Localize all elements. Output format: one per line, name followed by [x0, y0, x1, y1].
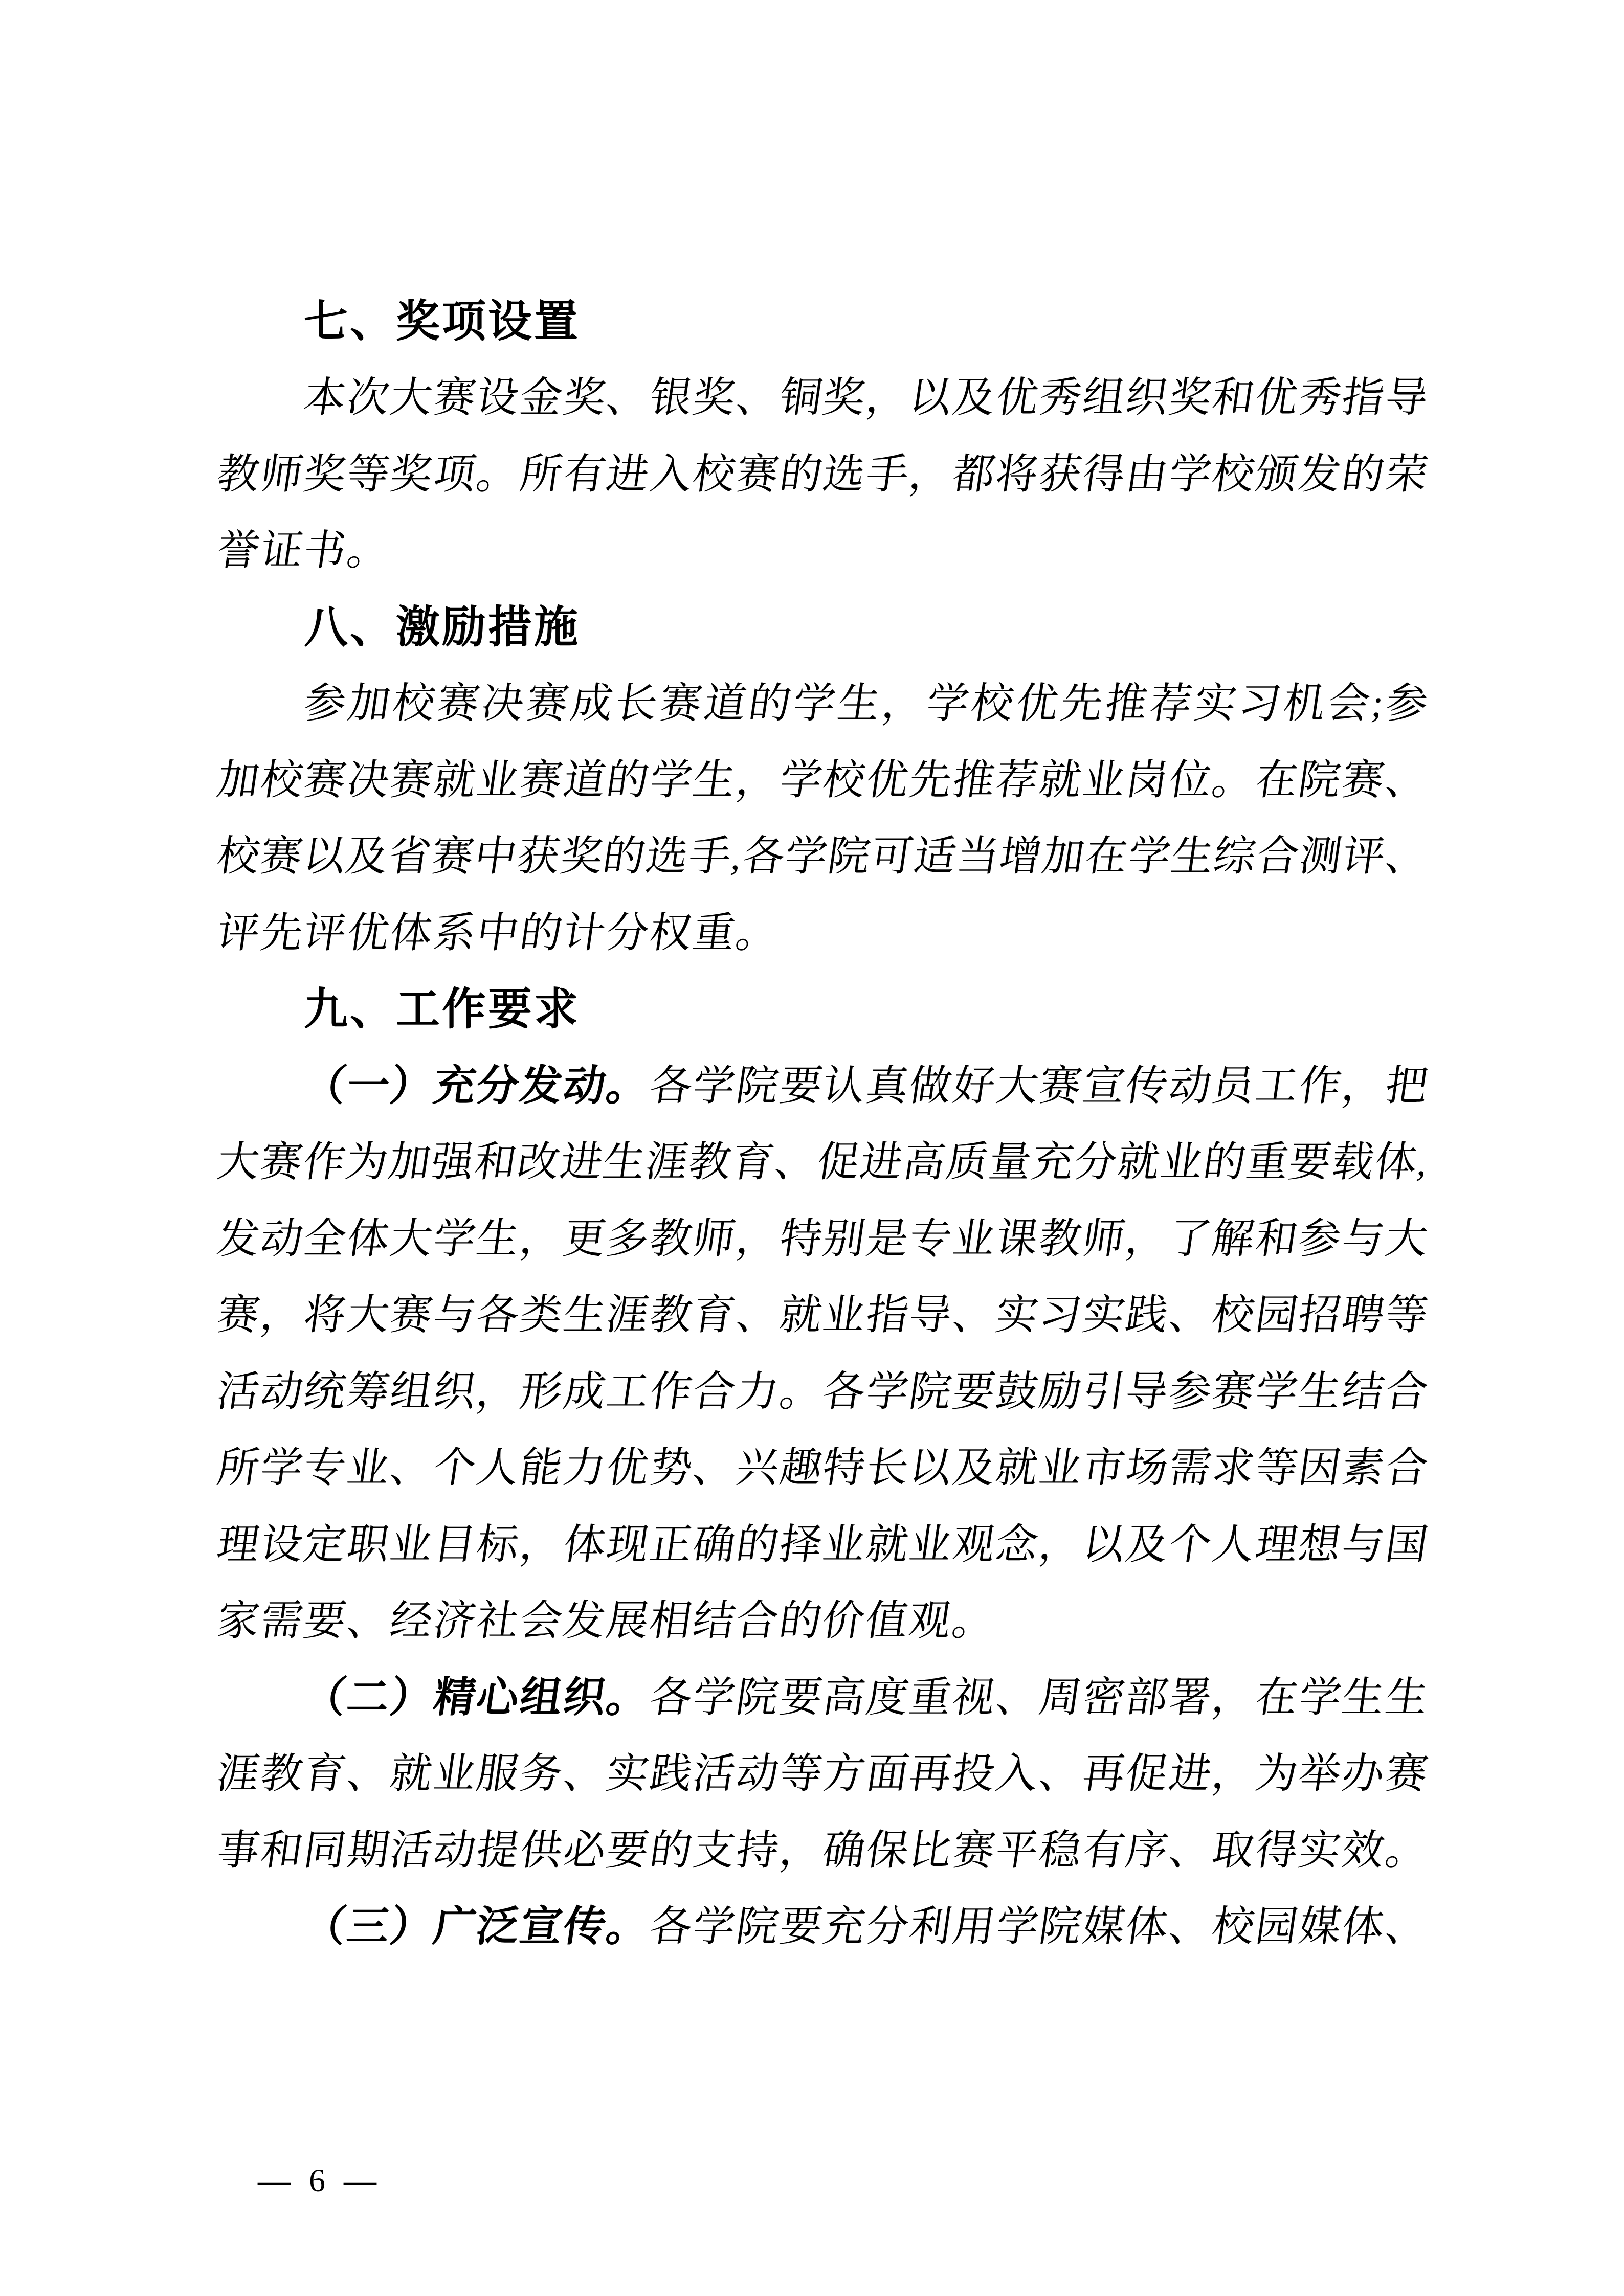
char: 参 [1383, 683, 1431, 725]
char: 优 [604, 1447, 652, 1489]
char: 的 [517, 912, 566, 954]
char: 的 [1200, 1141, 1249, 1183]
text-line: 活动统筹组织，形成工作合力。各学院要鼓励引导参赛学生结合 [217, 1354, 1428, 1430]
char: 学 [691, 1906, 739, 1948]
char: 践 [1123, 1294, 1171, 1336]
char: 学 [924, 683, 972, 725]
char: 园 [1253, 1906, 1301, 1948]
char: 工 [396, 987, 442, 1031]
char: 动 [561, 1065, 609, 1107]
char: 活 [388, 1830, 436, 1872]
char: 次 [344, 377, 392, 419]
char: 筹 [344, 1371, 392, 1413]
char: 务 [517, 1753, 565, 1795]
char: 支 [691, 1830, 739, 1872]
char: 、 [1166, 1294, 1214, 1336]
char: 加 [386, 1141, 434, 1183]
char: 赛 [517, 759, 565, 801]
char: ， [880, 683, 928, 725]
char: 的 [604, 759, 652, 801]
char: 奖 [561, 377, 609, 419]
char: 泛 [474, 1906, 522, 1948]
char: 会 [517, 1600, 566, 1642]
char: 、 [388, 1447, 436, 1489]
char: 、 [350, 300, 396, 344]
text-line: （一）充分发动。各学院要认真做好大赛宣传动员工作，把 [217, 1048, 1428, 1124]
char: 特 [820, 1447, 868, 1489]
char: 促 [815, 1141, 863, 1183]
char: 入 [993, 1753, 1041, 1795]
char: 道 [702, 683, 750, 725]
char: 就 [777, 1294, 825, 1336]
char: 业 [906, 1524, 954, 1566]
char: 稳 [1036, 1830, 1084, 1872]
char: 适 [911, 836, 959, 877]
char: 设 [474, 377, 522, 419]
char: 进 [604, 454, 652, 496]
text-line: 参加校赛决赛成长赛道的学生，学校优先推荐实习机会;参 [217, 666, 1428, 742]
char: 计 [560, 912, 609, 954]
char: 媒 [1080, 1906, 1128, 1948]
char: 业 [820, 1294, 868, 1336]
char: 合 [1254, 836, 1302, 877]
char: 励 [1036, 1371, 1084, 1413]
char: 选 [820, 454, 868, 496]
char: 项 [431, 454, 479, 496]
char: 实 [604, 1753, 652, 1795]
char: 分 [863, 1906, 911, 1948]
char: 正 [647, 1524, 695, 1566]
char: 践 [647, 1753, 695, 1795]
char: 各 [647, 1677, 695, 1719]
char: 媒 [1296, 1906, 1344, 1948]
char: 为 [343, 1141, 391, 1183]
char: 推 [950, 759, 998, 801]
char: 教 [214, 454, 262, 496]
char: 参 [1166, 1371, 1214, 1413]
char: 赛 [523, 683, 571, 725]
text-line: （三）广泛宣传。各学院要充分利用学院媒体、校园媒体、 [217, 1889, 1428, 1966]
char: 当 [954, 836, 1002, 877]
char: 就 [863, 1524, 911, 1566]
char: 进 [558, 1141, 606, 1183]
char: 优 [344, 912, 393, 954]
char: 业 [431, 1753, 479, 1795]
char: 与 [1339, 1218, 1387, 1260]
char: 八 [304, 605, 350, 649]
char: 学 [691, 1065, 739, 1107]
char: 先 [906, 759, 954, 801]
char: 学 [431, 1218, 479, 1260]
char: 供 [517, 1830, 565, 1872]
char: ， [517, 1524, 565, 1566]
char: 重 [907, 1677, 955, 1719]
char: 参 [301, 683, 349, 725]
char: 导 [1123, 1371, 1171, 1413]
char: 、 [691, 1447, 739, 1489]
char: 。 [474, 454, 522, 496]
char: ， [733, 759, 782, 801]
char: 岗 [1123, 759, 1171, 801]
char: 涯 [643, 1141, 691, 1183]
char: 指 [863, 1294, 911, 1336]
char: 师 [1080, 1218, 1128, 1260]
page: 七、奖项设置本次大赛设金奖、银奖、铜奖，以及优秀组织奖和优秀指导教师奖等奖项。所… [0, 0, 1624, 2296]
char: 同 [301, 1830, 349, 1872]
char: 各 [647, 1906, 695, 1948]
char: 生 [1383, 1677, 1431, 1719]
char: 充 [820, 1906, 868, 1948]
char: 在 [1082, 836, 1130, 877]
char: 得 [1253, 1830, 1301, 1872]
char: 中 [474, 912, 523, 954]
char: 高 [820, 1677, 868, 1719]
char: 赛 [301, 759, 349, 801]
char: （ [301, 1065, 349, 1107]
char: 个 [431, 1447, 479, 1489]
char: 推 [1102, 683, 1150, 725]
text-line: 大赛作为加强和改进生涯教育、促进高质量充分就业的重要载体, [217, 1124, 1428, 1201]
char: 宣 [517, 1906, 565, 1948]
char: 的 [600, 836, 649, 877]
char: 确 [691, 1524, 739, 1566]
char: 实 [993, 1294, 1041, 1336]
char: 园 [1253, 1294, 1301, 1336]
char: 手 [686, 836, 734, 877]
char: 标 [474, 1524, 522, 1566]
char: 生 [474, 1218, 522, 1260]
char: 各 [647, 1065, 695, 1107]
char: 综 [1211, 836, 1259, 877]
char: 发 [1296, 454, 1344, 496]
char: 赛 [733, 454, 782, 496]
char: 序 [1123, 1830, 1171, 1872]
char: 赛 [1036, 1065, 1084, 1107]
char: 活 [691, 1753, 739, 1795]
char: 做 [907, 1065, 955, 1107]
char: 保 [863, 1830, 911, 1872]
char: 实 [1191, 683, 1239, 725]
char: 生 [561, 1294, 609, 1336]
char: 学 [691, 1677, 739, 1719]
char: 展 [604, 1600, 653, 1642]
char: 成 [568, 683, 616, 725]
char: 场 [1123, 1447, 1171, 1489]
char: 以 [907, 377, 955, 419]
char: 组 [388, 1371, 436, 1413]
char: 育 [691, 1294, 739, 1336]
char: 书 [301, 530, 350, 572]
char: 道 [561, 759, 609, 801]
text-line: 誉证书。 [217, 513, 1428, 590]
char: 院 [733, 1065, 782, 1107]
char: 密 [1080, 1677, 1128, 1719]
char: 经 [387, 1600, 436, 1642]
char: 荣 [1383, 454, 1431, 496]
char: 教 [258, 1753, 306, 1795]
char: 为 [1253, 1753, 1301, 1795]
char: 的 [1339, 454, 1387, 496]
char: 学 [1166, 454, 1214, 496]
char: 评 [1340, 836, 1388, 877]
char: 置 [534, 300, 580, 344]
char: 生 [1339, 1677, 1387, 1719]
char: 激 [396, 605, 442, 649]
text-line: 本次大赛设金奖、银奖、铜奖，以及优秀组织奖和优秀指导 [217, 360, 1428, 437]
char: 观 [950, 1524, 998, 1566]
char: ） [387, 1065, 435, 1107]
char: 合 [733, 1600, 782, 1642]
char: 要 [777, 1677, 825, 1719]
document-body: 七、奖项设置本次大赛设金奖、银奖、铜奖，以及优秀组织奖和优秀指导教师奖等奖项。所… [217, 283, 1428, 1965]
char: 认 [820, 1065, 868, 1107]
char: 需 [1166, 1447, 1214, 1489]
char: 合 [1383, 1447, 1431, 1489]
char: 专 [906, 1218, 954, 1260]
char: 大 [214, 1141, 262, 1183]
char: 与 [1339, 1524, 1387, 1566]
char: 奖 [691, 377, 739, 419]
char: 工 [1253, 1065, 1301, 1107]
char: 、 [733, 1294, 782, 1336]
char: 加 [214, 759, 262, 801]
char: ， [777, 1830, 825, 1872]
char: 校 [390, 683, 438, 725]
char: 项 [442, 300, 488, 344]
char: 等 [1253, 1447, 1301, 1489]
char: 的 [776, 1600, 826, 1642]
char: 有 [561, 454, 609, 496]
char: 金 [517, 377, 565, 419]
char: 职 [344, 1524, 392, 1566]
char: ） [387, 1906, 435, 1948]
text-line: 理设定职业目标，体现正确的择业就业观念，以及个人理想与国 [217, 1506, 1428, 1583]
char: 以 [906, 1447, 954, 1489]
char: 要 [777, 1906, 825, 1948]
char: 等 [1383, 1294, 1431, 1336]
char: 赛 [388, 1294, 436, 1336]
char: 大 [388, 1218, 436, 1260]
char: 由 [1123, 454, 1171, 496]
char: 发 [517, 1065, 565, 1107]
char: 都 [950, 454, 998, 496]
char: 、 [561, 1753, 609, 1795]
char: 改 [515, 1141, 563, 1183]
char: 业 [474, 759, 522, 801]
section-heading: 七、奖项设置 [217, 283, 1428, 360]
char: 视 [950, 1677, 998, 1719]
char: 力 [561, 1447, 609, 1489]
char: 长 [612, 683, 660, 725]
char: 。 [733, 912, 782, 954]
char: 体 [561, 1524, 609, 1566]
char: 个 [1166, 1524, 1214, 1566]
char: 取 [1210, 1830, 1258, 1872]
char: 更 [561, 1218, 609, 1260]
char: 赛 [657, 683, 705, 725]
char: ， [733, 1218, 782, 1260]
char: ， [474, 1371, 522, 1413]
char: 生 [600, 1141, 649, 1183]
char: 相 [647, 1600, 696, 1642]
char: 院 [906, 1371, 954, 1413]
char: 精 [431, 1677, 479, 1719]
char: 评 [301, 912, 350, 954]
char: 、 [1166, 1906, 1214, 1948]
char: 院 [825, 836, 873, 877]
char: 九 [304, 987, 350, 1031]
char: 校 [1210, 1294, 1258, 1336]
char: 奖 [558, 836, 606, 877]
char: 设 [258, 1524, 306, 1566]
char: 必 [561, 1830, 609, 1872]
char: 作 [442, 987, 488, 1031]
char: 事 [214, 1830, 262, 1872]
char: 会 [1325, 683, 1373, 725]
char: 提 [474, 1830, 522, 1872]
char: （ [301, 1677, 349, 1719]
char: 各 [820, 1371, 868, 1413]
char: 署 [1166, 1677, 1214, 1719]
char: ） [387, 1677, 435, 1719]
char: 生 [691, 759, 739, 801]
char: 涯 [604, 1294, 652, 1336]
char: 校 [969, 683, 1017, 725]
char: 生 [1168, 836, 1216, 877]
char: 办 [1339, 1753, 1387, 1795]
text-line: 评先评优体系中的计分权重。 [217, 895, 1428, 972]
char: 和 [258, 1830, 306, 1872]
char: 度 [863, 1677, 911, 1719]
char: 是 [863, 1218, 911, 1260]
char: 就 [388, 1753, 436, 1795]
char: 的 [647, 1830, 695, 1872]
char: 手 [863, 454, 911, 496]
char: 成 [561, 1371, 609, 1413]
char: 动 [258, 1371, 306, 1413]
char: 入 [647, 454, 695, 496]
char: 确 [820, 1830, 868, 1872]
char: 荐 [1147, 683, 1195, 725]
char: 济 [431, 1600, 480, 1642]
char: 、 [344, 1753, 392, 1795]
char: 加 [345, 683, 393, 725]
char: 将 [301, 1294, 349, 1336]
char: 及 [1123, 1524, 1171, 1566]
char: 、 [772, 1141, 820, 1183]
char: 机 [1280, 683, 1328, 725]
char: 以 [1080, 1524, 1128, 1566]
char: 决 [479, 683, 527, 725]
char: 、 [950, 1294, 998, 1336]
char: 工 [604, 1371, 652, 1413]
char: 、 [1383, 836, 1431, 877]
text-line: 加校赛决赛就业赛道的学生，学校优先推荐就业岗位。在院赛、 [217, 742, 1428, 819]
char: 习 [1036, 1294, 1084, 1336]
char: 、 [1383, 1906, 1431, 1948]
char: 赛 [257, 1141, 305, 1183]
char: 引 [1080, 1371, 1128, 1413]
char: 秀 [1036, 377, 1084, 419]
char: 体 [1123, 1906, 1171, 1948]
char: 导 [906, 1294, 954, 1336]
char: 好 [950, 1065, 998, 1107]
char: 服 [474, 1753, 522, 1795]
char: 念 [993, 1524, 1041, 1566]
char: 、 [350, 605, 396, 649]
char: 类 [517, 1294, 565, 1336]
char: 解 [1210, 1218, 1258, 1260]
char: 业 [388, 1524, 436, 1566]
char: 招 [1296, 1294, 1344, 1336]
char: 学 [647, 759, 695, 801]
char: 鼓 [993, 1371, 1041, 1413]
char: 先 [258, 912, 307, 954]
char: 动 [431, 1830, 479, 1872]
char: 以 [300, 836, 348, 877]
char: 将 [993, 454, 1041, 496]
char: 分 [1072, 1141, 1120, 1183]
char: 重 [1243, 1141, 1292, 1183]
char: 决 [344, 759, 392, 801]
char: 强 [429, 1141, 477, 1183]
char: 大 [1383, 1218, 1431, 1260]
char: ， [517, 1218, 565, 1260]
char: 合 [691, 1371, 739, 1413]
char: 、 [993, 1677, 1041, 1719]
char: 。 [604, 1065, 652, 1107]
char: 赛 [1383, 1753, 1431, 1795]
char: 效 [1339, 1830, 1387, 1872]
char: 体 [1372, 1141, 1420, 1183]
char: 获 [1036, 454, 1084, 496]
char: 所 [214, 1447, 262, 1489]
char: 赛 [950, 1830, 998, 1872]
char: 七 [304, 300, 350, 344]
char: 把 [1383, 1065, 1431, 1107]
char: 及 [950, 377, 998, 419]
char: 用 [950, 1906, 998, 1948]
char: 银 [647, 377, 695, 419]
char: ， [1339, 1065, 1387, 1107]
char: 誉 [214, 530, 263, 572]
char: 载 [1329, 1141, 1377, 1183]
char: 、 [344, 1600, 393, 1642]
char: 赛 [434, 683, 482, 725]
char: 赛 [1339, 759, 1387, 801]
char: 大 [993, 1065, 1041, 1107]
char: 优 [863, 759, 911, 801]
char: 、 [1166, 1830, 1214, 1872]
char: 习 [1236, 683, 1284, 725]
char: 。 [777, 1371, 825, 1413]
char: 育 [301, 1753, 349, 1795]
char: 择 [777, 1524, 825, 1566]
char: 全 [301, 1218, 349, 1260]
char: 充 [1029, 1141, 1077, 1183]
char: 有 [1080, 1830, 1128, 1872]
char: 结 [1339, 1371, 1387, 1413]
char: ， [1210, 1753, 1258, 1795]
char: 长 [863, 1447, 911, 1489]
text-line: 发动全体大学生，更多教师，特别是专业课教师，了解和参与大 [217, 1201, 1428, 1277]
char: 院 [1296, 759, 1344, 801]
char: 观 [906, 1600, 955, 1642]
char: 大 [344, 1294, 392, 1336]
char: 现 [604, 1524, 652, 1566]
char: 织 [431, 1371, 479, 1413]
char: 促 [1123, 1753, 1171, 1795]
